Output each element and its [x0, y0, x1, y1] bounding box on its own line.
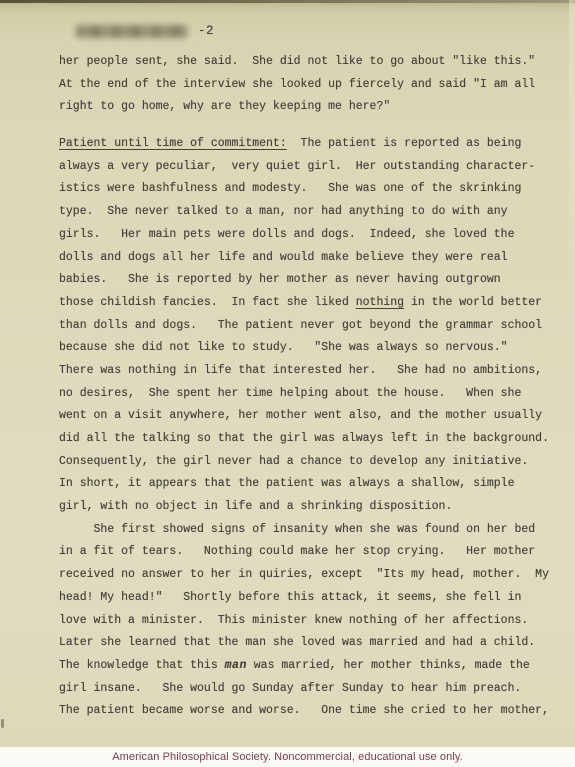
text-segment: The knowledge that this [59, 659, 225, 672]
text-line: received no answer to her in quiries, ex… [59, 564, 549, 587]
text-line: In short, it appears that the patient wa… [59, 473, 549, 496]
text-segment: In short, it appears that the patient wa… [59, 477, 514, 490]
scan-edge-artifact [1, 719, 4, 728]
text-segment: There was nothing in life that intereste… [59, 364, 542, 377]
text-line: The patient became worse and worse. One … [59, 700, 549, 723]
text-line: girls. Her main pets were dolls and dogs… [59, 224, 549, 247]
text-line: girl insane. She would go Sunday after S… [59, 678, 549, 701]
page-header: -2 [76, 22, 214, 40]
text-segment: Consequently, the girl never had a chanc… [59, 455, 528, 468]
text-segment: because she did not like to study. "She … [59, 341, 508, 354]
text-segment: istics were bashfulness and modesty. She… [59, 182, 521, 195]
text-line: those childish fancies. In fact she like… [59, 292, 549, 315]
archive-caption: American Philosophical Society. Noncomme… [112, 751, 463, 763]
underlined-text: nothing [356, 296, 404, 309]
text-segment: At the end of the interview she looked u… [59, 78, 535, 91]
text-line: right to go home, why are they keeping m… [59, 96, 549, 119]
text-line: She first showed signs of insanity when … [59, 519, 549, 542]
text-segment: The patient is reported as being [287, 137, 522, 150]
page-number: -2 [198, 24, 214, 38]
text-line: always a very peculiar, very quiet girl.… [59, 156, 549, 179]
text-line: went on a visit anywhere, her mother wen… [59, 405, 549, 428]
document-body: her people sent, she said. She did not l… [59, 51, 549, 723]
text-segment: dolls and dogs all her life and would ma… [59, 251, 508, 264]
text-line: dolls and dogs all her life and would ma… [59, 247, 549, 270]
text-segment: did all the talking so that the girl was… [59, 432, 549, 445]
text-line: At the end of the interview she looked u… [59, 74, 549, 97]
text-segment: went on a visit anywhere, her mother wen… [59, 409, 542, 422]
text-segment: girl insane. She would go Sunday after S… [59, 682, 521, 695]
text-segment: right to go home, why are they keeping m… [59, 100, 390, 113]
text-line: because she did not like to study. "She … [59, 337, 549, 360]
text-segment: Later she learned that the man she loved… [59, 636, 535, 649]
underlined-text: Patient until time of commitment: [59, 137, 287, 150]
text-line: babies. She is reported by her mother as… [59, 269, 549, 292]
text-segment: babies. She is reported by her mother as… [59, 273, 501, 286]
text-segment: her people sent, she said. She did not l… [59, 55, 535, 68]
text-segment: girls. Her main pets were dolls and dogs… [59, 228, 514, 241]
text-line: head! My head!" Shortly before this atta… [59, 587, 549, 610]
text-line: istics were bashfulness and modesty. She… [59, 178, 549, 201]
text-segment: She first showed signs of insanity when … [59, 523, 535, 536]
text-line: than dolls and dogs. The patient never g… [59, 315, 549, 338]
text-line: Patient until time of commitment: The pa… [59, 133, 549, 156]
text-line: Later she learned that the man she loved… [59, 632, 549, 655]
scanned-document: -2 her people sent, she said. She did no… [0, 0, 575, 767]
text-segment: head! My head!" Shortly before this atta… [59, 591, 521, 604]
handwritten-insertion: man [225, 659, 247, 672]
text-line: type. She never talked to a man, nor had… [59, 201, 549, 224]
document-page: -2 her people sent, she said. She did no… [0, 0, 575, 747]
text-line: There was nothing in life that intereste… [59, 360, 549, 383]
text-line: Consequently, the girl never had a chanc… [59, 451, 549, 474]
text-segment: type. She never talked to a man, nor had… [59, 205, 508, 218]
text-line: no desires, She spent her time helping a… [59, 383, 549, 406]
text-segment: always a very peculiar, very quiet girl.… [59, 160, 535, 173]
text-segment: those childish fancies. In fact she like… [59, 296, 356, 309]
text-segment: in a fit of tears. Nothing could make he… [59, 545, 535, 558]
text-line: her people sent, she said. She did not l… [59, 51, 549, 74]
text-segment: was married, her mother thinks, made the [247, 659, 530, 672]
redacted-name-blur [76, 25, 188, 38]
text-segment: The patient became worse and worse. One … [59, 704, 549, 717]
text-segment: love with a minister. This minister knew… [59, 614, 528, 627]
text-segment: in the world better [404, 296, 542, 309]
text-line: in a fit of tears. Nothing could make he… [59, 541, 549, 564]
text-line: did all the talking so that the girl was… [59, 428, 549, 451]
text-line: love with a minister. This minister knew… [59, 610, 549, 633]
text-segment: than dolls and dogs. The patient never g… [59, 319, 542, 332]
text-line: girl, with no object in life and a shrin… [59, 496, 549, 519]
text-line: The knowledge that this man was married,… [59, 655, 549, 678]
text-segment: no desires, She spent her time helping a… [59, 387, 521, 400]
archive-caption-strip: American Philosophical Society. Noncomme… [0, 747, 575, 767]
text-segment: girl, with no object in life and a shrin… [59, 500, 452, 513]
text-segment: received no answer to her in quiries, ex… [59, 568, 549, 581]
